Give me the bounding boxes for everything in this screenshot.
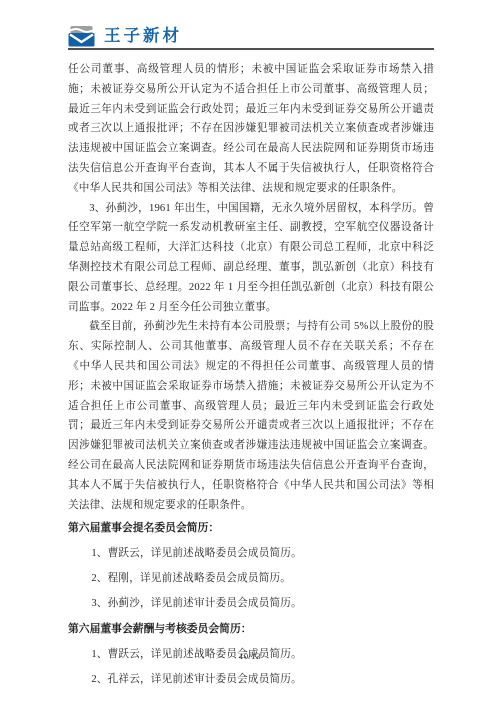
envelope-logo-icon xyxy=(68,25,95,47)
document-page: 王子新材 任公司董事、高级管理人员的情形；未被中国证监会采取证券市场禁入措施；未… xyxy=(0,0,500,707)
list-item: 2、孔祥云，详见前述审计委员会成员简历。 xyxy=(68,667,434,692)
list-item: 2、程刚，详见前述战略委员会成员简历。 xyxy=(68,566,434,591)
list-item: 1、曹跃云，详见前述战略委员会成员简历。 xyxy=(68,541,434,566)
section-nomination-committee: 第六届董事会提名委员会简历： 1、曹跃云，详见前述战略委员会成员简历。 2、程刚… xyxy=(68,516,434,616)
paragraph-bio-sun-jisha: 3、孙蓟沙，1961 年出生，中国国籍，无永久境外居留权，本科学历。曾任空军第一… xyxy=(68,199,434,318)
document-body: 任公司董事、高级管理人员的情形；未被中国证监会采取证券市场禁入措施；未被证券交易… xyxy=(68,60,434,692)
list-item: 3、孙蓟沙，详见前述审计委员会成员简历。 xyxy=(68,591,434,616)
paragraph-sun-jisha-compliance: 截至目前，孙蓟沙先生未持有本公司股票；与持有公司 5%以上股份的股东、实际控制人… xyxy=(68,317,434,515)
paragraph-qualifications-continued: 任公司董事、高级管理人员的情形；未被中国证监会采取证券市场禁入措施；未被证券交易… xyxy=(68,60,434,199)
section-heading: 第六届董事会薪酬与考核委员会简历： xyxy=(68,617,434,642)
brand-name: 王子新材 xyxy=(104,28,182,45)
section-heading: 第六届董事会提名委员会简历： xyxy=(68,516,434,541)
header-divider xyxy=(68,48,434,50)
company-logo: 王子新材 xyxy=(68,25,182,47)
page-number: 10/13 xyxy=(0,651,500,661)
